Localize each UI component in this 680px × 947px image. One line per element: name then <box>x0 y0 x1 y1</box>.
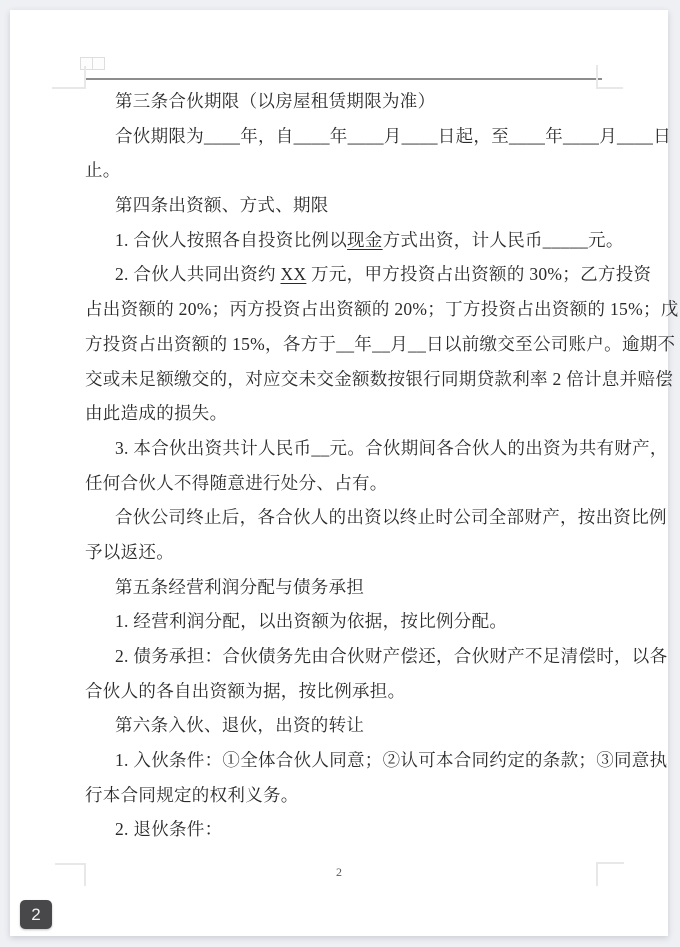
text-segment: 1. 入伙条件：①全体合伙人同意；②认可本合同约定的条款；③同意执 <box>115 750 667 770</box>
text-line: 1. 经营利润分配，以出资额为依据，按比例分配。 <box>85 604 601 639</box>
text-segment: 3. 本合伙出资共计人民币__元。合伙期间各合伙人的出资为共有财产， <box>115 438 668 458</box>
text-line: 止。 <box>85 153 601 188</box>
text-line: 合伙人的各自出资额为据，按比例承担。 <box>85 674 601 709</box>
text-boundary-mark-bottom-right <box>597 862 624 864</box>
text-segment: 1. 经营利润分配，以出资额为依据，按比例分配。 <box>115 611 507 631</box>
text-segment: 予以返还。 <box>85 542 174 562</box>
text-line: 占出资额的 20%；丙方投资占出资额的 20%；丁方投资占出资额的 15%；戊 <box>85 292 601 327</box>
text-segment: 1. 合伙人按照各自投资比例以 <box>115 230 347 250</box>
text-segment: 万元，甲方投资占出资额的 30%；乙方投资 <box>306 264 651 284</box>
text-line: 任何合伙人不得随意进行处分、占有。 <box>85 466 601 501</box>
text-line: 方投资占出资额的 15%，各方于__年__月__日以前缴交至公司账户。逾期不 <box>85 327 601 362</box>
header-marker-square <box>92 57 105 70</box>
text-line: 交或未足额缴交的，对应交未交金额数按银行同期贷款利率 2 倍计息并赔偿 <box>85 362 601 397</box>
text-segment: 2. 退伙条件： <box>115 819 222 839</box>
text-segment: 占出资额的 20%；丙方投资占出资额的 20%；丁方投资占出资额的 15%；戊 <box>85 299 679 319</box>
text-line: 第五条经营利润分配与债务承担 <box>85 570 601 605</box>
text-segment: 2. 债务承担：合伙债务先由合伙财产偿还，合伙财产不足清偿时，以各 <box>115 646 667 666</box>
text-segment: 由此造成的损失。 <box>85 403 227 423</box>
text-line: 3. 本合伙出资共计人民币__元。合伙期间各合伙人的出资为共有财产， <box>85 431 601 466</box>
text-line: 行本合同规定的权利义务。 <box>85 778 601 813</box>
text-line: 1. 入伙条件：①全体合伙人同意；②认可本合同约定的条款；③同意执 <box>85 743 601 778</box>
text-segment: 第四条出资额、方式、期限 <box>115 195 329 215</box>
text-segment: 第五条经营利润分配与债务承担 <box>115 577 364 597</box>
text-segment: 合伙公司终止后，各合伙人的出资以终止时公司全部财产，按出资比例 <box>115 507 667 527</box>
text-segment: 合伙人的各自出资额为据，按比例承担。 <box>85 681 405 701</box>
document-page: 第三条合伙期限（以房屋租赁期限为准）合伙期限为____年，自____年____月… <box>10 10 668 936</box>
text-boundary-mark-top-left <box>52 87 85 89</box>
underlined-text-segment: XX <box>280 264 306 284</box>
page-number: 2 <box>10 865 668 880</box>
text-line: 合伙期限为____年，自____年____月____日起，至____年____月… <box>85 119 601 154</box>
text-segment: 第三条合伙期限（以房屋租赁期限为准） <box>115 91 435 111</box>
text-line: 第三条合伙期限（以房屋租赁期限为准） <box>85 84 601 119</box>
text-line: 第四条出资额、方式、期限 <box>85 188 601 223</box>
text-segment: 任何合伙人不得随意进行处分、占有。 <box>85 473 388 493</box>
text-line: 由此造成的损失。 <box>85 396 601 431</box>
page-indicator-badge: 2 <box>20 900 52 929</box>
underlined-text-segment: 现金 <box>347 230 383 250</box>
document-body: 第三条合伙期限（以房屋租赁期限为准）合伙期限为____年，自____年____月… <box>85 84 601 847</box>
text-segment: 行本合同规定的权利义务。 <box>85 785 299 805</box>
text-line: 2. 合伙人共同出资约 XX 万元，甲方投资占出资额的 30%；乙方投资 <box>85 257 601 292</box>
text-segment: 合伙期限为____年，自____年____月____日起，至____年____月… <box>115 126 671 146</box>
text-segment: 方投资占出资额的 15%，各方于__年__月__日以前缴交至公司账户。逾期不 <box>85 334 675 354</box>
text-segment: 2. 合伙人共同出资约 <box>115 264 280 284</box>
header-separator-line <box>84 78 602 80</box>
document-viewer[interactable]: 第三条合伙期限（以房屋租赁期限为准）合伙期限为____年，自____年____月… <box>0 0 680 947</box>
text-segment: 止。 <box>85 160 121 180</box>
text-line: 第六条入伙、退伙，出资的转让 <box>85 708 601 743</box>
text-line: 2. 退伙条件： <box>85 812 601 847</box>
text-segment: 交或未足额缴交的，对应交未交金额数按银行同期贷款利率 2 倍计息并赔偿 <box>85 369 673 389</box>
text-line: 予以返还。 <box>85 535 601 570</box>
text-line: 2. 债务承担：合伙债务先由合伙财产偿还，合伙财产不足清偿时，以各 <box>85 639 601 674</box>
text-segment: 第六条入伙、退伙，出资的转让 <box>115 715 364 735</box>
text-line: 1. 合伙人按照各自投资比例以现金方式出资，计人民币_____元。 <box>85 223 601 258</box>
text-segment: 方式出资，计人民币_____元。 <box>383 230 624 250</box>
text-line: 合伙公司终止后，各合伙人的出资以终止时公司全部财产，按出资比例 <box>85 500 601 535</box>
